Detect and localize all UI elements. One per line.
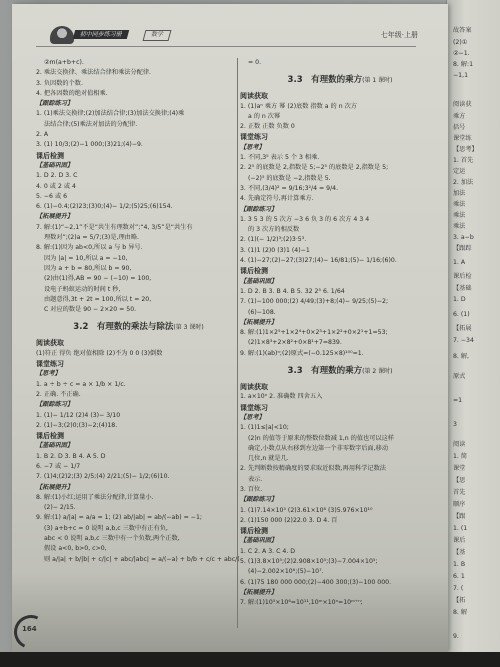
next-page-fragment: 【拓 xyxy=(453,596,465,606)
section-name: 有理数的乘法与除法 xyxy=(97,322,174,332)
next-page-fragment: 【思考】 xyxy=(453,145,478,155)
answer-line: 2. 乘法交换律、乘法结合律和乘法分配律. xyxy=(36,68,241,78)
answer-line: 1. a ÷ b ÷ c = a × 1/b × 1/c. xyxy=(36,380,241,390)
next-page-fragment: 【基 xyxy=(453,548,465,558)
answer-line: 的 3 次方的相反数 xyxy=(240,225,440,235)
answer-line: abc < 0 说明 a,b,c 三数中有一个负数,两个正数, xyxy=(36,534,241,544)
answer-line: 9. 解:(1)(ab)ⁿ;(2)原式=(−0.125×8)¹⁰⁰=1. xyxy=(240,349,440,359)
next-page-fragment: 8. 解 xyxy=(453,608,467,618)
answer-line: 1. 3 5 3 的 5 次方 −3 6 负 3 的 6 次方 4 3 4 xyxy=(240,215,440,225)
right-column: = 0.3.3 有理数的乘方(第 1 课时)阅读获取1. (1)aⁿ 乘方 幂 … xyxy=(240,58,440,609)
next-page-fragment: 定运 xyxy=(453,167,465,177)
next-page-fragment: 乘法 xyxy=(453,211,465,221)
answer-line: 假设 a<0, b>0, c>0, xyxy=(36,544,241,554)
next-page-fragment: ②−1. xyxy=(453,49,470,59)
next-page-fragment: (2)① xyxy=(453,38,467,48)
answer-line: 7. (1)−100 000;(2) 4/49;(3)+8;(4)− 9/25;… xyxy=(240,297,440,307)
answer-line: 因为 |a| = 10,所以 a = −10, xyxy=(36,254,241,264)
section-name: 有理数的乘方 xyxy=(311,75,362,85)
next-page-fragment: 乘法 xyxy=(453,200,465,210)
answer-line: 9. 解:(1) a/|a| = a/a = 1; (2) ab/|ab| = … xyxy=(36,513,241,523)
bottom-shadow xyxy=(0,652,500,667)
next-page-fragment: 加法 xyxy=(453,189,465,199)
subsection-tag: 【基础巩固】 xyxy=(240,277,440,287)
answer-line: 1. C 2. A 3. C 4. D xyxy=(240,547,440,557)
subsection-heading: 课后检测 xyxy=(240,266,440,276)
answer-line: 4. 0 或 2 或 4 xyxy=(36,182,241,192)
subsection-heading: 阅读获取 xyxy=(36,338,241,348)
answer-line: 8. 解:(1)因为 ab<0,所以 a 与 b 异号. xyxy=(36,243,241,253)
subsection-tag: 【基础巩固】 xyxy=(36,161,241,171)
subsection-heading: 阅读获取 xyxy=(240,382,440,392)
answer-line: 6. (1)−0.4;(2)23;(3)0;(4)− 1/2;(5)25;(6)… xyxy=(36,202,241,212)
answer-line: (2)1×8³+2×8²+0×8¹+7=839. xyxy=(240,338,440,348)
next-page-fragment: 1. D xyxy=(453,295,466,305)
next-page-fragment: 首先 xyxy=(453,488,465,498)
answer-line: C 对应的数是 90 − 2×20 = 50. xyxy=(36,305,241,315)
answer-line: 4. 把各因数的绝对值相乘. xyxy=(36,89,241,99)
answer-line: 2. 正确. 不正确. xyxy=(36,390,241,400)
answer-line: 1. D 2. B 3. B 4. B 5. 32 2⁵ 6. 1/64 xyxy=(240,287,440,297)
next-page-fragment: 课堂 xyxy=(453,464,465,474)
subsection-tag: 【拓展提升】 xyxy=(240,588,440,598)
answer-line: 理数对”;(2)a = 5/7;(3)是,理由略. xyxy=(36,233,241,243)
section-title: 3.2 有理数的乘法与除法(第 3 课时) xyxy=(36,321,241,334)
next-page-fragment: 9. xyxy=(453,632,459,642)
answer-line: 几位,n 就是几. xyxy=(240,454,440,464)
subsection-tag: 【基础巩固】 xyxy=(240,536,440,546)
answer-line: a 的 n 次幂 xyxy=(240,112,440,122)
next-page-fragment: 【基础 xyxy=(453,284,472,294)
answer-line: 3. (1)1 (2)0 (3)1 (4)−1 xyxy=(240,246,440,256)
next-page-fragment: 括号 xyxy=(453,123,465,133)
next-page-fragment: 课堂练 xyxy=(453,134,472,144)
next-page-fragment: 2. 加法 xyxy=(453,178,473,188)
answer-line: 3. 负因数的个数. xyxy=(36,79,241,89)
next-page-fragment: 顺序 xyxy=(453,500,465,510)
answer-line: 7. (1)4;(2)2;(3) 2/5;(4) 2/21;(5)− 1/2;(… xyxy=(36,472,241,482)
subsection-heading: 课后检测 xyxy=(36,431,241,441)
answer-line: 2. 先判断数按精确度的要求取近似数,再用科学记数法 xyxy=(240,464,440,474)
answer-line: 6. (1)75 180 000 000;(2)−400 300;(3)−100… xyxy=(240,578,440,588)
next-page-fragment: 3. a−b xyxy=(453,233,474,243)
next-page-fragment: 故答案 xyxy=(453,26,472,36)
answer-line: 表示. xyxy=(240,475,440,485)
next-page-fragment: 【跟踪 xyxy=(453,244,472,254)
subsection-heading: 阅读获取 xyxy=(240,91,440,101)
answer-line: 法结合律;(5)乘法对加法的分配律. xyxy=(36,120,241,130)
answer-line: 2. (1)(− 1/2)³;(2)3·5³. xyxy=(240,235,440,245)
answer-line: (2)− 2/15. xyxy=(36,503,241,513)
subsection-heading: 课堂练习 xyxy=(240,132,440,142)
subsection-tag: 【拓展提升】 xyxy=(240,318,440,328)
section-lesson: (第 1 课时) xyxy=(362,77,392,84)
next-page-fragment: 7. ( xyxy=(453,584,463,594)
answer-line: 1. (1)乘法交换律;(2)加法结合律;(3)加法交换律;(4)乘 xyxy=(36,109,241,119)
answer-line: = 0. xyxy=(240,58,440,68)
subject-label: 数学 xyxy=(143,30,172,41)
answer-line: 1. (1)7.14×10⁵ (2)3.61×10⁸ (3)5.976×10¹⁰ xyxy=(240,506,440,516)
answer-line: 设电子蚂蚁运动的时间 t 秒, xyxy=(36,285,241,295)
next-page-fragment: 1. B xyxy=(453,560,465,570)
page-number-badge: 164 xyxy=(14,615,44,645)
subsection-heading: 课后检测 xyxy=(240,526,440,536)
next-page-fragment: 1. 简 xyxy=(453,452,467,462)
page-number: 164 xyxy=(22,625,37,633)
answer-line: 2. 2⁵ 的底数是 2,指数是 5;−2⁵ 的底数是 2,指数是 5; xyxy=(240,163,440,173)
section-number: 3.2 xyxy=(73,322,88,332)
next-page-fragment: 课后 xyxy=(453,536,465,546)
answer-line: 7. 解:(1)10⁵×10⁶=10¹¹,10ᵐ×10ⁿ=10ᵐ⁺ⁿ; xyxy=(240,598,440,608)
subsection-tag: 【思考】 xyxy=(240,143,440,153)
section-title: 3.3 有理数的乘方(第 2 课时) xyxy=(240,365,440,378)
left-column: ②m(a+b+c).2. 乘法交换律、乘法结合律和乘法分配律.3. 负因数的个数… xyxy=(36,58,241,565)
next-page-fragment: 3 xyxy=(453,420,457,430)
answer-line: ②m(a+b+c). xyxy=(36,58,241,68)
answer-line: (2)由(1)得,AB = 90 − (−10) = 100, xyxy=(36,274,241,284)
section-title: 3.3 有理数的乘方(第 1 课时) xyxy=(240,74,440,87)
subsection-tag: 【基础巩固】 xyxy=(36,441,241,451)
answer-line: 8. 解:(1)小红;运用了乘法分配律,计算量小. xyxy=(36,493,241,503)
subsection-tag: 【拓展提升】 xyxy=(36,483,241,493)
answer-line: (1)符正 得负 绝对值相除 (2)不为 0 0 (3)倒数 xyxy=(36,349,241,359)
series-title: 初中同步练习册 xyxy=(73,30,129,39)
answer-line: 8. 解:(1)1×2⁵+1×2⁴+0×2³+1×2²+0×2¹+1=53; xyxy=(240,328,440,338)
column-divider xyxy=(237,58,238,628)
answer-line: 2. 正数 正数 负数 0 xyxy=(240,122,440,132)
answer-line: 5. −6 或 6 xyxy=(36,192,241,202)
answer-line: 4. 先确定符号,再计算乘方. xyxy=(240,194,440,204)
answer-line: 3. 不同,(3/4)² = 9/16;3²/4 = 9/4. xyxy=(240,184,440,194)
answer-line: (−2)⁵ 的底数是 −2,指数是 5. xyxy=(240,174,440,184)
answer-line: 1. 不同,3⁵ 表示 5 个 3 相乘. xyxy=(240,153,440,163)
next-page-fragment: 【思 xyxy=(453,476,465,486)
answer-line: 3. (1) 10/3;(2)−1 000;(3)21;(4)−9. xyxy=(36,140,241,150)
answer-line: 1. a×10ⁿ 2. 准确数 四舍五入 xyxy=(240,392,440,402)
section-lesson: (第 2 课时) xyxy=(362,368,392,375)
answer-line: 2. (1)150 000 (2)22.0 3. D 4. 百 xyxy=(240,516,440,526)
answer-line: 5. (1)3.8×10⁵;(2)2.908×10⁵;(3)−7.004×10⁵… xyxy=(240,557,440,567)
next-page-fragment: 1. A xyxy=(453,258,465,268)
next-page-fragment: 课后检 xyxy=(453,272,472,282)
next-page-fragment: =1 xyxy=(453,396,462,406)
next-page-fragment: 乘法 xyxy=(453,222,465,232)
section-lesson: (第 3 课时) xyxy=(173,324,203,331)
page-header: 初中同步练习册 数学 七年级·上册 xyxy=(36,24,428,44)
answer-line: 1. (1)− 1/12 (2)4 (3)− 3/10 xyxy=(36,411,241,421)
section-number: 3.3 xyxy=(288,366,303,376)
subsection-tag: 【拓展提升】 xyxy=(36,212,241,222)
next-page-fragment: 1. 首先 xyxy=(453,156,473,166)
answer-line: 1. (1)1≤|a|<10; xyxy=(240,423,440,433)
subsection-heading: 课后检测 xyxy=(36,151,241,161)
subsection-tag: 【思考】 xyxy=(240,413,440,423)
grade-label: 七年级·上册 xyxy=(381,30,418,40)
answer-line: 1. D 2. D 3. C xyxy=(36,171,241,181)
subsection-tag: 【跟踪练习】 xyxy=(36,99,241,109)
next-page-fragment: 【拓展 xyxy=(453,324,472,334)
next-page-fragment: 8. 解:1 xyxy=(453,60,473,70)
next-page-fragment: 【跟 xyxy=(453,512,465,522)
next-page-fragment: 原式 xyxy=(453,372,465,382)
next-page-fragment: −1,1 xyxy=(453,71,468,81)
subsection-tag: 【跟踪练习】 xyxy=(240,205,440,215)
next-page-fragment: 7. −34 xyxy=(453,336,474,346)
next-page-fragment: 6. (1) xyxy=(453,310,470,320)
answer-line: 7. 解:(1)“−2,1”不是“共生有理数对”;“4, 3/5”是“共生有 xyxy=(36,223,241,233)
answer-line: 1. B 2. D 3. B 4. A 5. D xyxy=(36,452,241,462)
subsection-tag: 【跟踪练习】 xyxy=(240,495,440,505)
answer-line: (2)n 的值等于原来的整数位数减 1,n 的值也可以这样 xyxy=(240,434,440,444)
subsection-tag: 【跟踪练习】 xyxy=(36,400,241,410)
next-page-fragment: 阅读获 xyxy=(453,100,472,110)
answer-line: 1. (1)aⁿ 乘方 幂 (2)底数 指数 a 的 n 次方 xyxy=(240,102,440,112)
answer-line: 因为 a + b = 80,所以 b = 90, xyxy=(36,264,241,274)
section-number: 3.3 xyxy=(288,75,303,85)
answer-line: 则 a/|a| + b/|b| + c/|c| + abc/|abc| = a/… xyxy=(36,555,241,565)
answer-line: (6)−108. xyxy=(240,308,440,318)
answer-line: 6. −7 或 − 1/7 xyxy=(36,462,241,472)
next-page-fragment: 8. 解, xyxy=(453,352,469,362)
next-page-fragment: 1. (1 xyxy=(453,524,467,534)
answer-line: (4)−2.002×10⁶;(5)−10⁷. xyxy=(240,567,440,577)
answer-line: (3) a+b+c = 0 说明 a,b,c 三数中有正有负, xyxy=(36,524,241,534)
answer-line: 4. (1)−27;(2)−27;(3)27;(4)− 16/81;(5)− 1… xyxy=(240,256,440,266)
next-page-fragment: 6. 1 xyxy=(453,572,465,582)
answer-line: 3. 百位. xyxy=(240,485,440,495)
book-logo-icon xyxy=(50,26,74,44)
section-name: 有理数的乘方 xyxy=(311,366,362,376)
subsection-heading: 课堂练习 xyxy=(240,403,440,413)
subsection-heading: 课堂练习 xyxy=(36,359,241,369)
next-page-edge: 故答案(2)①②−1.8. 解:1−1,1阅读获乘方括号课堂练【思考】1. 首先… xyxy=(446,0,500,667)
answer-line: 2. (1)−3;(2)0;(3)−2;(4)18. xyxy=(36,421,241,431)
answer-line: 由题意得,3t + 2t = 100,所以 t = 20, xyxy=(36,295,241,305)
header-rule xyxy=(36,46,416,47)
next-page-fragment: 乘方 xyxy=(453,112,465,122)
next-page-fragment: 阅读 xyxy=(453,440,465,450)
answer-line: 确定,小数点从右移到左边第一个非零数字后面,移动 xyxy=(240,444,440,454)
subsection-tag: 【思考】 xyxy=(36,369,241,379)
answer-line: 2. A xyxy=(36,130,241,140)
